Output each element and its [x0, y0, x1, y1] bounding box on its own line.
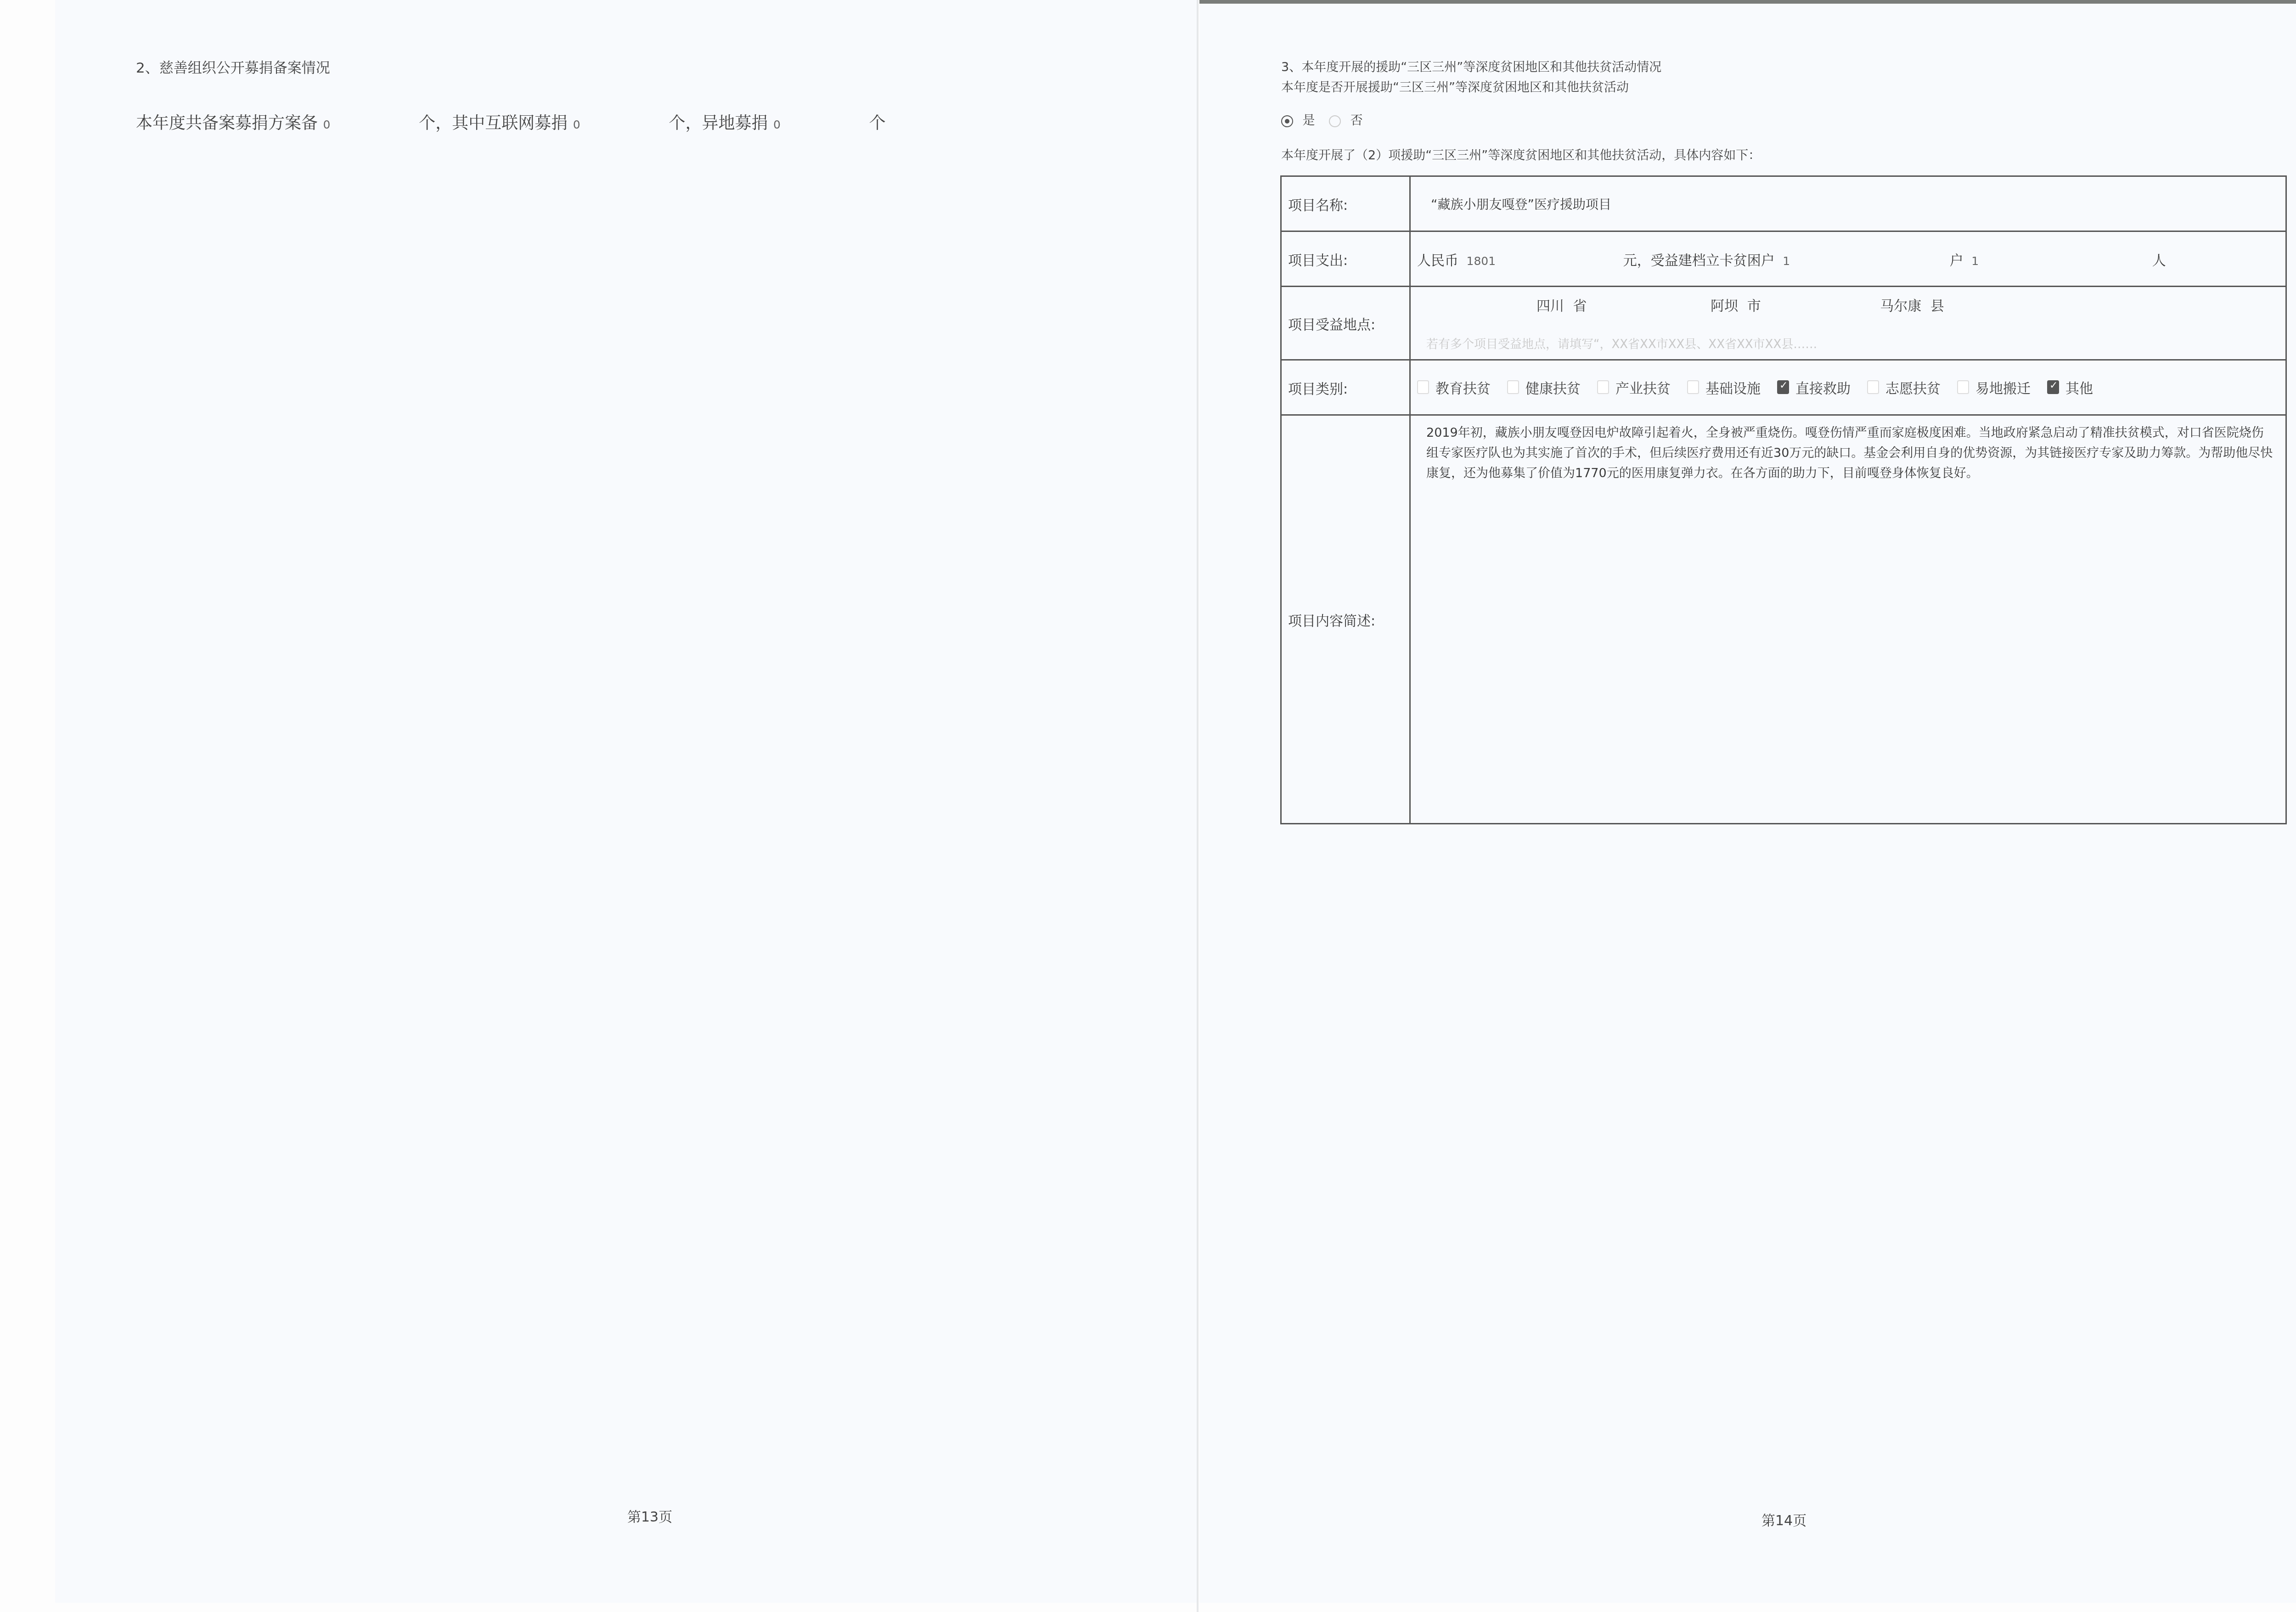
checkbox-checked-icon[interactable] [1777, 380, 1789, 394]
category-label: 教育扶贫 [1435, 377, 1491, 397]
section-title-fundraising: 2、慈善组织公开募捐备案情况 [136, 56, 330, 77]
project-name-value: “藏族小朋友嘎登”医疗援助项目 [1431, 197, 1611, 212]
project-category-field: 教育扶贫健康扶贫产业扶贫基础设施直接救助志愿扶贫易地搬迁其他 [1410, 360, 2286, 415]
checkbox-unchecked-icon[interactable] [1867, 380, 1879, 394]
summary-unit-2: 个，异地募捐 [669, 114, 768, 133]
households-value[interactable]: 1 [1783, 254, 1790, 268]
province-value: 四川 [1536, 298, 1564, 314]
category-label: 产业扶贫 [1615, 377, 1671, 397]
expense-unit: 元，受益建档立卡贫困户 [1623, 253, 1775, 269]
expense-amount[interactable]: 1801 [1467, 254, 1496, 268]
radio-yes-label: 是 [1303, 113, 1315, 128]
page-number-13: 第13页 [627, 1505, 672, 1526]
expense-prefix: 人民币 [1417, 253, 1458, 269]
poverty-radio-group: 是 否 [1281, 110, 1363, 128]
city-unit: 市 [1747, 298, 1761, 314]
category-option[interactable]: 易地搬迁 [1957, 377, 2031, 397]
project-description-label: 项目内容简述: [1281, 415, 1410, 824]
radio-yes[interactable] [1281, 115, 1293, 127]
summary-unit-3: 个 [869, 114, 886, 133]
project-description-field[interactable]: 2019年初，藏族小朋友嘎登因电炉故障引起着火，全身被严重烧伤。嘎登伤情严重而家… [1410, 415, 2286, 824]
category-option[interactable]: 其他 [2047, 377, 2093, 397]
page-divider [1197, 0, 1199, 1612]
project-name-field[interactable]: “藏族小朋友嘎登”医疗援助项目 [1410, 176, 2286, 231]
project-category-label: 项目类别: [1281, 360, 1410, 415]
checkbox-unchecked-icon[interactable] [1957, 380, 1969, 394]
project-expense-field: 人民币 1801 元，受益建档立卡贫困户 1 户 1 人 [1410, 231, 2286, 287]
category-option[interactable]: 直接救助 [1777, 377, 1851, 397]
row-project-category: 项目类别: 教育扶贫健康扶贫产业扶贫基础设施直接救助志愿扶贫易地搬迁其他 [1281, 360, 2286, 415]
row-project-name: 项目名称: “藏族小朋友嘎登”医疗援助项目 [1281, 176, 2286, 231]
checkbox-checked-icon[interactable] [2047, 380, 2059, 394]
county-unit: 县 [1930, 298, 1944, 314]
activity-count-line: 本年度开展了（2）项援助“三区三州”等深度贫困地区和其他扶贫活动，具体内容如下： [1281, 145, 1761, 163]
category-label: 其他 [2065, 377, 2093, 397]
project-description-text: 2019年初，藏族小朋友嘎登因电炉故障引起着火，全身被严重烧伤。嘎登伤情严重而家… [1417, 420, 2279, 484]
category-label: 志愿扶贫 [1885, 377, 1941, 397]
category-option[interactable]: 教育扶贫 [1417, 377, 1491, 397]
category-label: 健康扶贫 [1525, 377, 1581, 397]
summary-prefix: 本年度共备案募捐方案备 [136, 114, 318, 133]
offsite-plans-value: 0 [773, 118, 781, 131]
page-number-14: 第14页 [1761, 1509, 1806, 1529]
checkbox-unchecked-icon[interactable] [1507, 380, 1519, 394]
internet-plans-value: 0 [573, 118, 580, 131]
category-label: 直接救助 [1795, 377, 1851, 397]
location-hint: 若有多个项目受益地点，请填写“，XX省XX市XX县、XX省XX市XX县…… [1426, 335, 2279, 352]
radio-no-label: 否 [1351, 113, 1363, 128]
province-field[interactable]: 四川 省 [1536, 294, 1587, 315]
row-project-location: 项目受益地点: 四川 省 阿坝 市 马尔康 县 若有多个项目受益地点，请填写“，… [1281, 287, 2286, 360]
households-unit: 户 [1950, 253, 1964, 269]
checkbox-unchecked-icon[interactable] [1687, 380, 1699, 394]
people-unit: 人 [2152, 253, 2166, 269]
project-table: 项目名称: “藏族小朋友嘎登”医疗援助项目 项目支出: 人民币 1801 元，受… [1280, 175, 2287, 824]
fundraising-summary: 本年度共备案募捐方案备 0 个，其中互联网募捐 0 个，异地募捐 0 个 [136, 110, 886, 134]
checkbox-unchecked-icon[interactable] [1597, 380, 1609, 394]
section-title-poverty: 3、本年度开展的援助“三区三州”等深度贫困地区和其他扶贫活动情况 [1281, 57, 1661, 75]
city-value: 阿坝 [1711, 298, 1738, 314]
county-field[interactable]: 马尔康 县 [1880, 294, 1944, 315]
people-value[interactable]: 1 [1971, 254, 1979, 268]
province-unit: 省 [1573, 298, 1587, 314]
project-location-field: 四川 省 阿坝 市 马尔康 县 若有多个项目受益地点，请填写“，XX省XX市XX… [1410, 287, 2286, 360]
summary-unit-1: 个，其中互联网募捐 [419, 114, 568, 133]
project-expense-label: 项目支出: [1281, 231, 1410, 287]
total-plans-value: 0 [323, 118, 330, 131]
category-option[interactable]: 产业扶贫 [1597, 377, 1671, 397]
project-location-label: 项目受益地点: [1281, 287, 1410, 360]
category-option[interactable]: 基础设施 [1687, 377, 1761, 397]
project-name-label: 项目名称: [1281, 176, 1410, 231]
city-field[interactable]: 阿坝 市 [1711, 294, 1761, 315]
county-value: 马尔康 [1880, 298, 1921, 314]
row-project-expense: 项目支出: 人民币 1801 元，受益建档立卡贫困户 1 户 1 人 [1281, 231, 2286, 287]
category-label: 基础设施 [1705, 377, 1761, 397]
category-option[interactable]: 健康扶贫 [1507, 377, 1581, 397]
radio-no[interactable] [1329, 115, 1341, 127]
category-label: 易地搬迁 [1975, 377, 2031, 397]
category-option[interactable]: 志愿扶贫 [1867, 377, 1941, 397]
poverty-question: 本年度是否开展援助“三区三州”等深度贫困地区和其他扶贫活动 [1281, 77, 1629, 95]
page-13 [55, 0, 1199, 1603]
row-project-description: 项目内容简述: 2019年初，藏族小朋友嘎登因电炉故障引起着火，全身被严重烧伤。… [1281, 415, 2286, 824]
checkbox-unchecked-icon[interactable] [1417, 380, 1429, 394]
